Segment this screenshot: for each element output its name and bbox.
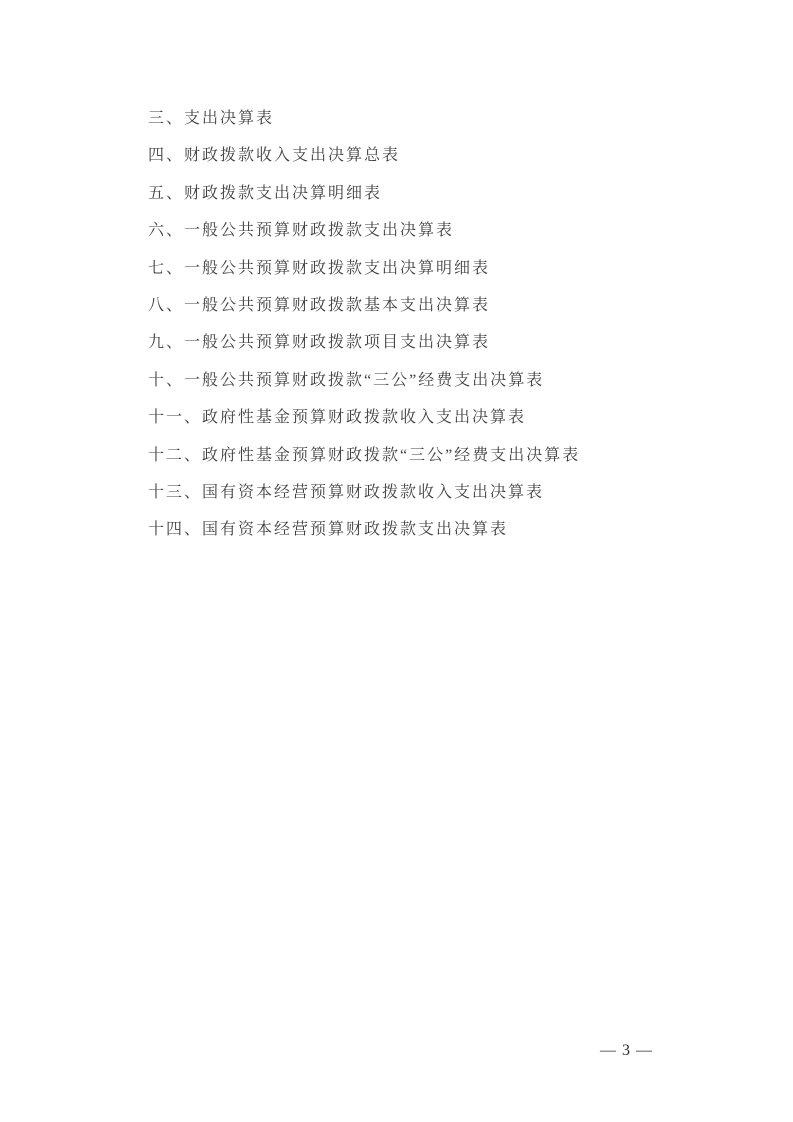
toc-item: 九、一般公共预算财政拨款项目支出决算表 bbox=[148, 324, 580, 361]
toc-item: 七、一般公共预算财政拨款支出决算明细表 bbox=[148, 250, 580, 287]
toc-item: 十二、政府性基金预算财政拨款“三公”经费支出决算表 bbox=[148, 437, 580, 474]
toc-list: 三、支出决算表 四、财政拨款收入支出决算总表 五、财政拨款支出决算明细表 六、一… bbox=[148, 100, 580, 549]
toc-item: 十一、政府性基金预算财政拨款收入支出决算表 bbox=[148, 399, 580, 436]
toc-item: 十、一般公共预算财政拨款“三公”经费支出决算表 bbox=[148, 362, 580, 399]
toc-item: 四、财政拨款收入支出决算总表 bbox=[148, 137, 580, 174]
toc-item: 五、财政拨款支出决算明细表 bbox=[148, 175, 580, 212]
page-number: — 3 — bbox=[600, 1042, 653, 1060]
toc-item: 十四、国有资本经营预算财政拨款支出决算表 bbox=[148, 511, 580, 548]
document-page: 三、支出决算表 四、财政拨款收入支出决算总表 五、财政拨款支出决算明细表 六、一… bbox=[0, 0, 793, 1122]
toc-item: 三、支出决算表 bbox=[148, 100, 580, 137]
toc-item: 八、一般公共预算财政拨款基本支出决算表 bbox=[148, 287, 580, 324]
toc-item: 六、一般公共预算财政拨款支出决算表 bbox=[148, 212, 580, 249]
toc-item: 十三、国有资本经营预算财政拨款收入支出决算表 bbox=[148, 474, 580, 511]
